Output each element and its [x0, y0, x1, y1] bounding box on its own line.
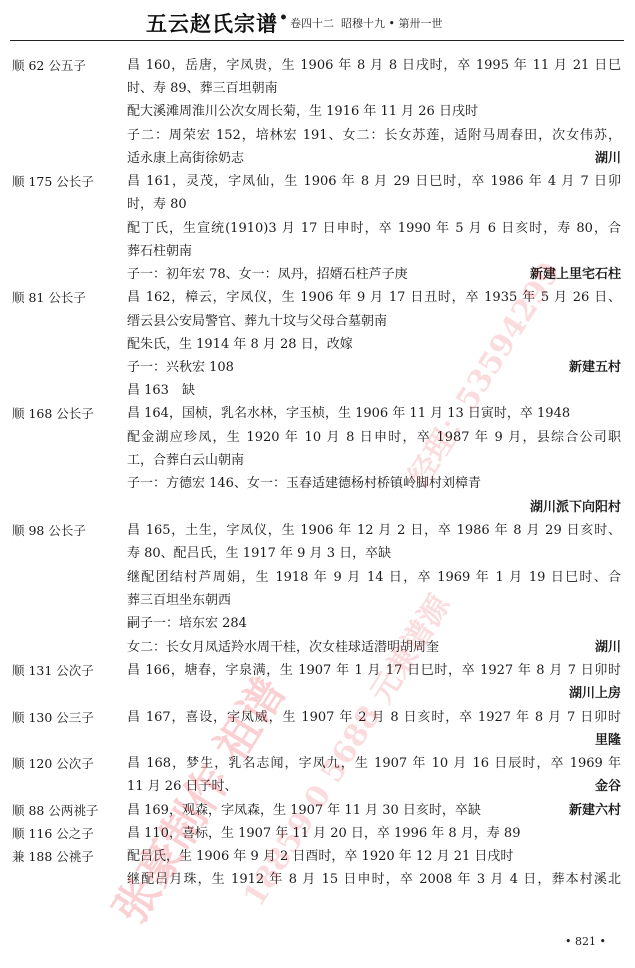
entry-line: 昌 161，灵茂，字凤仙，生 1906 年 8 月 29 日巳时，卒 1986 … — [127, 172, 621, 192]
entry-place: 湖川上房 — [569, 684, 621, 704]
header-rule — [10, 40, 624, 41]
page-number: • 821 • — [565, 935, 606, 948]
entry-lineage: 顺 116 公之子 — [12, 824, 94, 844]
watermark-text: 张豪制作 祖谱 — [95, 663, 297, 934]
entry-line: 适永康上高街徐奶志 — [127, 149, 621, 169]
entry-line: 昌 164，国桢，乳名水林，字玉桢，生 1906 年 11 月 13 日寅时，卒… — [127, 404, 621, 424]
entry-line: 11 月 26 日子时、 — [127, 777, 621, 797]
entry-line: 配朱氏，生 1914 年 8 月 28 日，改嫁 — [127, 335, 621, 355]
entry-line: 子一：兴秋宏 108 — [127, 358, 621, 378]
entry-lineage: 顺 98 公长子 — [12, 521, 86, 541]
entry-line: 配大溪滩周淮川公次女周长菊，生 1916 年 11 月 26 日戌时 — [127, 102, 621, 122]
entry-lineage: 顺 62 公五子 — [12, 56, 86, 76]
entry-line: 子二：周荣宏 152，培林宏 191、女二：长女苏莲，适附马周春田，次女伟苏， — [127, 126, 621, 146]
entry-line: 寿 80、配吕氏，生 1917 年 9 月 3 日，卒缺 — [127, 544, 621, 564]
entry-line: 配丁氏，生宣统(1910)3 月 17 日申时，卒 1990 年 5 月 6 日… — [127, 219, 621, 239]
title-separator: • — [279, 10, 288, 26]
entry-line: 昌 166，塘春，字泉满，生 1907 年 1 月 17 日巳时，卒 1927 … — [127, 661, 621, 681]
entry-place: 新建上里宅石柱 — [530, 265, 621, 285]
entry-line: 时、寿 89、葬三百坦朝南 — [127, 79, 621, 99]
entry-place: 湖川派下向阳村 — [530, 498, 621, 518]
entry-line: 继配吕月珠，生 1912 年 8 月 15 日申时，卒 2008 年 3 月 4… — [127, 870, 621, 890]
entry-line: 配金湖应珍凤，生 1920 年 10 月 8 日申时，卒 1987 年 9 月，… — [127, 428, 621, 448]
entry-line: 昌 163 缺 — [127, 381, 621, 401]
entry-place: 湖川 — [595, 638, 621, 658]
page-header: 五云赵氏宗谱 • 卷四十二 昭穆十九 • 第卅一世 — [0, 0, 635, 42]
entry-place: 新建五村 — [569, 358, 621, 378]
entry-line: 时，寿 80 — [127, 195, 621, 215]
entry-place: 新建六村 — [569, 801, 621, 821]
entry-place: 湖川 — [595, 149, 621, 169]
entry-line: 昌 165，土生，字凤仪，生 1906 年 12 月 2 日，卒 1986 年 … — [127, 521, 621, 541]
entry-place: 里隆 — [595, 731, 621, 751]
entry-line: 葬石柱朝南 — [127, 242, 621, 262]
entry-line: 继配团结村芦周娟，生 1918 年 9 月 14 日，卒 1969 年 1 月 … — [127, 568, 621, 588]
entry-lineage: 兼 188 公祧子 — [12, 847, 94, 867]
entry-lineage: 顺 130 公三子 — [12, 708, 94, 728]
entry-lineage: 顺 81 公长子 — [12, 288, 86, 308]
entry-lineage: 顺 131 公次子 — [12, 661, 94, 681]
entry-line: 嗣子一：培东宏 284 — [127, 614, 621, 634]
entry-line: 子一：方德宏 146、女一：玉春适建德杨村桥镇岭脚村刘樟青 — [127, 474, 621, 494]
entry-line: 缙云县公安局警官、葬九十坟与父母合墓朝南 — [127, 312, 621, 332]
entry-line: 配吕氏，生 1906 年 9 月 2 日酉时，卒 1920 年 12 月 21 … — [127, 847, 621, 867]
entry-line: 昌 160，岳唐，字凤贵，生 1906 年 8 月 8 日戌时，卒 1995 年… — [127, 56, 621, 76]
entry-line: 昌 169，观森，字凤森，生 1907 年 11 月 30 日亥时，卒缺 — [127, 801, 621, 821]
entry-line: 昌 168，梦生，乳名志闻，字凤九，生 1907 年 10 月 16 日辰时，卒… — [127, 754, 621, 774]
entry-lineage: 顺 120 公次子 — [12, 754, 94, 774]
book-title: 五云赵氏宗谱 — [146, 8, 278, 38]
entry-line: 昌 167，喜设，字凤威，生 1907 年 2 月 8 日亥时，卒 1927 年… — [127, 708, 621, 728]
entry-line: 昌 110，喜标，生 1907 年 11 月 20 日，卒 1996 年 8 月… — [127, 824, 621, 844]
entry-lineage: 顺 168 公长子 — [12, 404, 94, 424]
entry-lineage: 顺 175 公长子 — [12, 172, 94, 192]
entry-place: 金谷 — [595, 777, 621, 797]
entry-line: 葬三百坦坐东朝西 — [127, 591, 621, 611]
entry-line: 工，合葬白云山朝南 — [127, 451, 621, 471]
volume-generation-label: 卷四十二 昭穆十九 • 第卅一世 — [290, 15, 442, 31]
entry-lineage: 顺 88 公两祧子 — [12, 801, 98, 821]
entry-line: 女二：长女月凤适羚水周干桂，次女桂球适潜明胡周奎 — [127, 638, 621, 658]
entry-line: 昌 162，樟云，字凤仪，生 1906 年 9 月 17 日丑时，卒 1935 … — [127, 288, 621, 308]
